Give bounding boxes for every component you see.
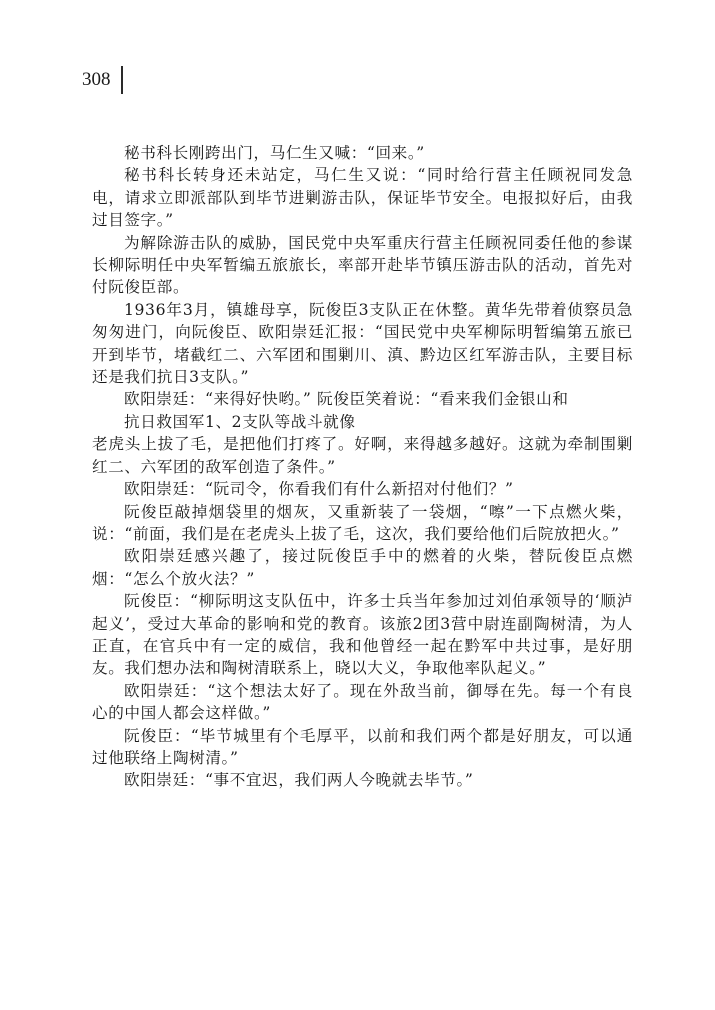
- header-divider: [121, 66, 123, 94]
- page-header: 308: [82, 66, 123, 94]
- paragraph: 秘书科长刚跨出门，马仁生又喊：“回来。”: [92, 142, 633, 164]
- page-number: 308: [82, 66, 111, 94]
- paragraph-line: 抗日救国军1、2支队等战斗就像: [92, 411, 633, 433]
- paragraph: 秘书科长转身还未站定，马仁生又说：“同时给行营主任顾祝同发急电，请求立即派部队到…: [92, 164, 633, 231]
- paragraph: 老虎头上拔了毛，是把他们打疼了。好啊，来得越多越好。这就为牵制围剿红二、六军团的…: [92, 433, 633, 478]
- paragraph: 欧阳崇廷：“这个想法太好了。现在外敌当前，御辱在先。每一个有良心的中国人都会这样…: [92, 680, 633, 725]
- paragraph-split: 欧阳崇廷：“来得好快哟。” 阮俊臣笑着说：“看来我们金银山和 抗日救国军1、2支…: [92, 388, 633, 433]
- body-text: 秘书科长刚跨出门，马仁生又喊：“回来。” 秘书科长转身还未站定，马仁生又说：“同…: [92, 142, 633, 792]
- paragraph: 阮俊臣：“毕节城里有个毛厚平，以前和我们两个都是好朋友，可以通过他联络上陶树清。…: [92, 725, 633, 770]
- paragraph: 欧阳崇廷：“事不宜迟，我们两人今晚就去毕节。”: [92, 769, 633, 791]
- paragraph-line: 欧阳崇廷：“来得好快哟。” 阮俊臣笑着说：“看来我们金银山和: [92, 388, 633, 410]
- paragraph: 阮俊臣敲掉烟袋里的烟灰，又重新装了一袋烟，“嚓”一下点燃火柴，说：“前面，我们是…: [92, 501, 633, 546]
- paragraph: 欧阳崇廷感兴趣了，接过阮俊臣手中的燃着的火柴，替阮俊臣点燃烟：“怎么个放火法？”: [92, 545, 633, 590]
- paragraph: 欧阳崇廷：“阮司令，你看我们有什么新招对付他们？”: [92, 478, 633, 500]
- paragraph: 1936年3月，镇雄母享，阮俊臣3支队正在休整。黄华先带着侦察员急匆匆进门，向阮…: [92, 299, 633, 389]
- paragraph: 阮俊臣：“柳际明这支队伍中，许多士兵当年参加过刘伯承领导的‘顺泸起义’，受过大革…: [92, 590, 633, 680]
- paragraph: 为解除游击队的威胁，国民党中央军重庆行营主任顾祝同委任他的参谋长柳际明任中央军暂…: [92, 232, 633, 299]
